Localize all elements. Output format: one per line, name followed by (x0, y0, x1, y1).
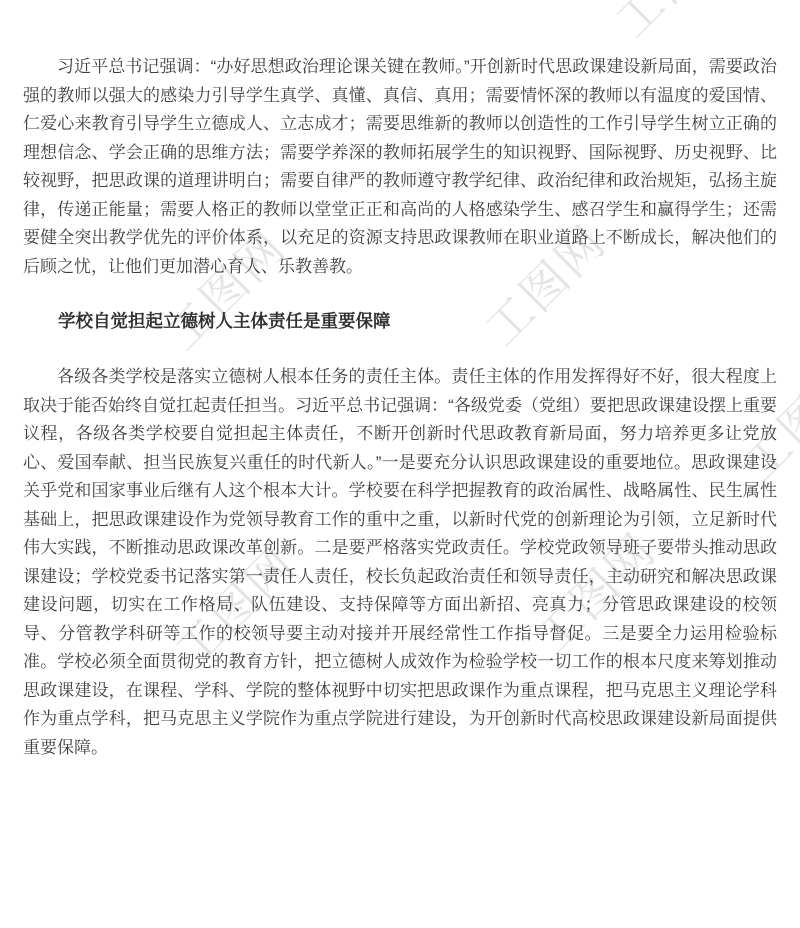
section-heading: 学校自觉担起立德树人主体责任是重要保障 (23, 307, 777, 335)
document-page: 工图网 工图网 工图网 工图网 工图网 工图网 习近平总书记强调：“办好思想政治… (0, 0, 800, 928)
document-content: 习近平总书记强调：“办好思想政治理论课关键在教师。”开创新时代思政课建设新局面，… (23, 53, 777, 762)
paragraph-teachers-key: 习近平总书记强调：“办好思想政治理论课关键在教师。”开创新时代思政课建设新局面，… (23, 53, 777, 281)
paragraph-school-responsibility: 各级各类学校是落实立德树人根本任务的责任主体。责任主体的作用发挥得好不好，很大程… (23, 363, 777, 762)
watermark-text: 工图网 (598, 0, 749, 50)
